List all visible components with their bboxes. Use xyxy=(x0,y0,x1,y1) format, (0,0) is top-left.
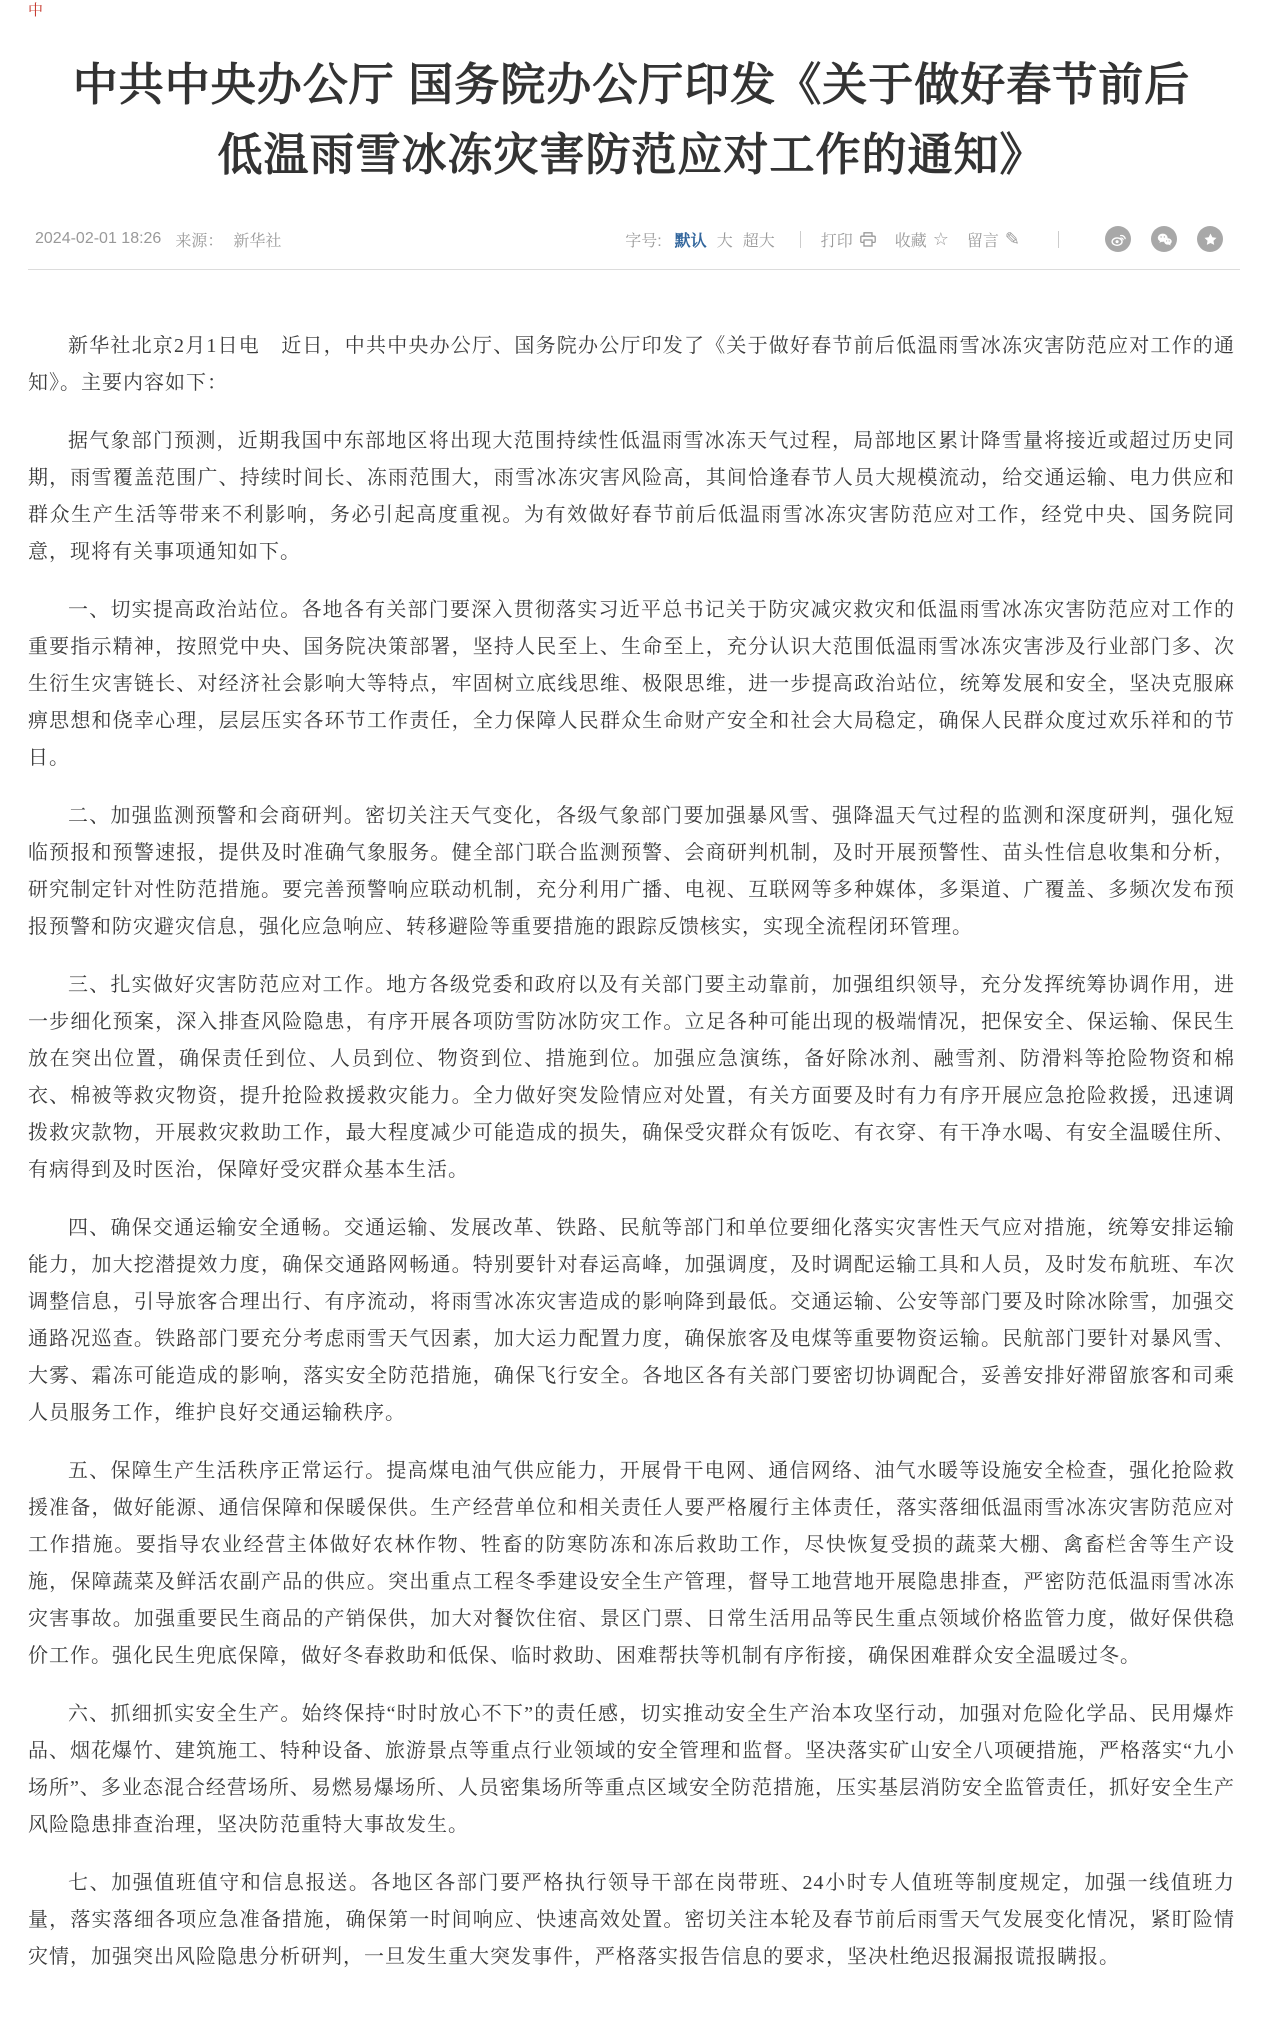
article-paragraph: 七、加强值班值守和信息报送。各地区各部门要严格执行领导干部在岗带班、24小时专人… xyxy=(28,1865,1235,1976)
article-paragraph: 三、扎实做好灾害防范应对工作。地方各级党委和政府以及有关部门要主动靠前，加强组织… xyxy=(28,967,1235,1189)
publish-datetime: 2024-02-01 18:26 xyxy=(35,230,161,248)
source-label: 来源： xyxy=(175,228,223,251)
favorite-tool[interactable]: 收藏 ☆ xyxy=(895,228,949,251)
article-paragraph: 六、抓细抓实安全生产。始终保持“时时放心不下”的责任感，切实推动安全生产治本攻坚… xyxy=(28,1696,1235,1844)
article-body: 新华社北京2月1日电 近日，中共中央办公厅、国务院办公厅印发了《关于做好春节前后… xyxy=(28,328,1235,1976)
meta-bar: 2024-02-01 18:26 来源： 新华社 字号: 默认 大 超大 打印 xyxy=(35,226,1223,252)
star-icon[interactable]: ☆ xyxy=(933,229,949,250)
page-title: 中共中央办公厅 国务院办公厅印发《关于做好春节前后 低温雨雪冰冻灾害防范应对工作… xyxy=(34,50,1229,190)
font-size-option-large[interactable]: 大 xyxy=(717,228,733,251)
article-paragraph: 新华社北京2月1日电 近日，中共中央办公厅、国务院办公厅印发了《关于做好春节前后… xyxy=(28,328,1235,402)
font-size-option-default[interactable]: 默认 xyxy=(675,228,707,251)
weibo-share-icon[interactable] xyxy=(1105,226,1131,252)
corner-mark: 中 xyxy=(28,2,43,19)
comment-button[interactable]: 留言 xyxy=(967,228,999,251)
source-name[interactable]: 新华社 xyxy=(233,228,281,251)
print-tool[interactable]: 打印 xyxy=(821,228,877,251)
article-paragraph: 二、加强监测预警和会商研判。密切关注天气变化，各级气象部门要加强暴风雪、强降温天… xyxy=(28,798,1235,946)
pencil-icon[interactable]: ✎ xyxy=(1005,229,1020,250)
article-paragraph: 一、切实提高政治站位。各地各有关部门要深入贯彻落实习近平总书记关于防灾减灾救灾和… xyxy=(28,592,1235,777)
meta-right: 字号: 默认 大 超大 打印 收藏 ☆ 留言 xyxy=(625,226,1223,252)
article-paragraph: 五、保障生产生活秩序正常运行。提高煤电油气供应能力，开展骨干电网、通信网络、油气… xyxy=(28,1453,1235,1675)
favorite-button[interactable]: 收藏 xyxy=(895,228,927,251)
meta-left: 2024-02-01 18:26 来源： 新华社 xyxy=(35,228,281,251)
print-button[interactable]: 打印 xyxy=(821,228,853,251)
wechat-share-icon[interactable] xyxy=(1151,226,1177,252)
article-page: 中 中共中央办公厅 国务院办公厅印发《关于做好春节前后 低温雨雪冰冻灾害防范应对… xyxy=(0,0,1263,2036)
article-paragraph: 四、确保交通运输安全通畅。交通运输、发展改革、铁路、民航等部门和单位要细化落实灾… xyxy=(28,1210,1235,1432)
article-paragraph: 据气象部门预测，近期我国中东部地区将出现大范围持续性低温雨雪冰冻天气过程，局部地… xyxy=(28,423,1235,571)
content-divider xyxy=(28,269,1240,270)
share-group xyxy=(1105,226,1223,252)
vertical-separator xyxy=(1058,231,1059,248)
font-size-label: 字号: xyxy=(625,228,661,251)
printer-icon[interactable] xyxy=(859,231,877,248)
title-line-1: 中共中央办公厅 国务院办公厅印发《关于做好春节前后 xyxy=(34,50,1229,120)
title-line-2: 低温雨雪冰冻灾害防范应对工作的通知》 xyxy=(34,120,1229,190)
font-size-option-xlarge[interactable]: 超大 xyxy=(743,228,775,251)
comment-tool[interactable]: 留言 ✎ xyxy=(967,228,1020,251)
vertical-separator xyxy=(800,231,801,248)
qzone-share-icon[interactable] xyxy=(1197,226,1223,252)
